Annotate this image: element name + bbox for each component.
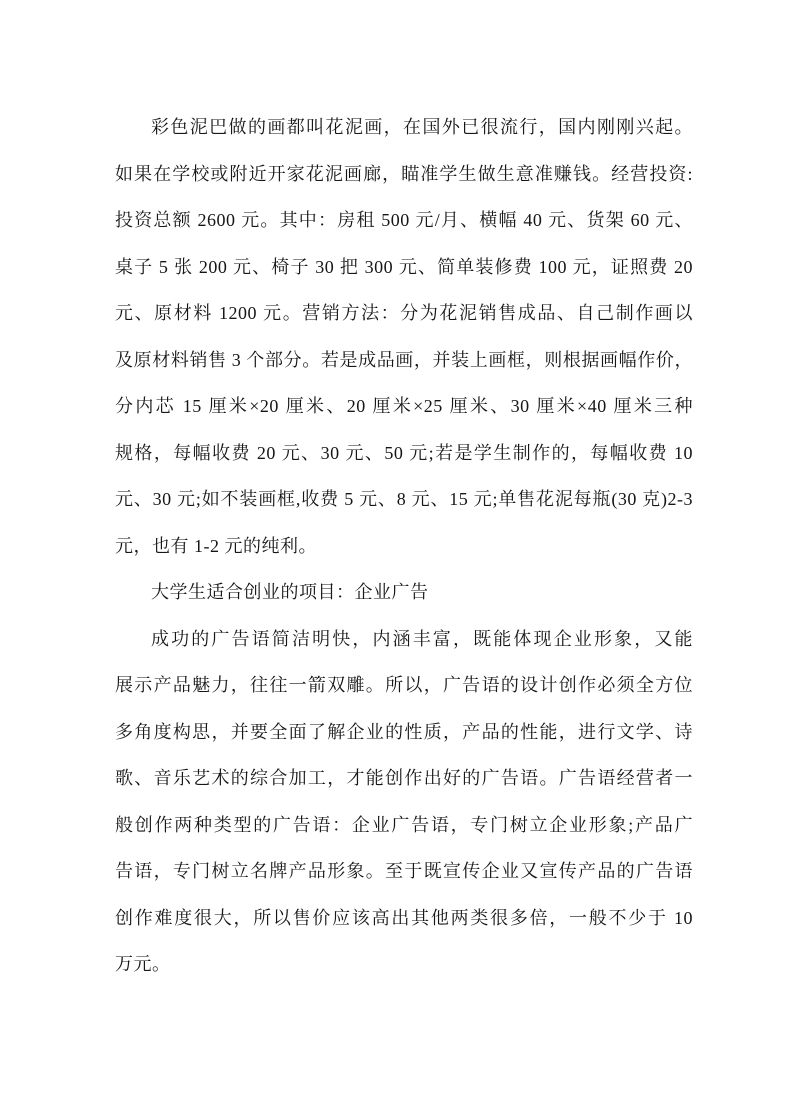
text-line: 创作难度很大，所以售价应该高出其他两类很多倍，一般不少于 10	[115, 895, 693, 942]
text-line: 般创作两种类型的广告语：企业广告语，专门树立企业形象;产品广	[115, 802, 693, 849]
text-line: 彩色泥巴做的画都叫花泥画，在国外已很流行，国内刚刚兴起。	[115, 104, 693, 151]
document-body: 彩色泥巴做的画都叫花泥画，在国外已很流行，国内刚刚兴起。如果在学校或附近开家花泥…	[115, 104, 693, 988]
text-line: 元，也有 1-2 元的纯利。	[115, 523, 693, 570]
text-line: 桌子 5 张 200 元、椅子 30 把 300 元、简单装修费 100 元，证…	[115, 244, 693, 291]
text-line: 元、原材料 1200 元。营销方法：分为花泥销售成品、自己制作画以	[115, 290, 693, 337]
text-line: 告语，专门树立名牌产品形象。至于既宣传企业又宣传产品的广告语	[115, 848, 693, 895]
text-line: 及原材料销售 3 个部分。若是成品画，并装上画框，则根据画幅作价，	[115, 337, 693, 384]
text-line: 多角度构思，并要全面了解企业的性质，产品的性能，进行文学、诗	[115, 709, 693, 756]
text-line: 元、30 元;如不装画框,收费 5 元、8 元、15 元;单售花泥每瓶(30 克…	[115, 476, 693, 523]
document-page: 彩色泥巴做的画都叫花泥画，在国外已很流行，国内刚刚兴起。如果在学校或附近开家花泥…	[0, 0, 792, 1120]
text-line: 如果在学校或附近开家花泥画廊，瞄准学生做生意准赚钱。经营投资:	[115, 151, 693, 198]
text-line: 成功的广告语简洁明快，内涵丰富，既能体现企业形象，又能	[115, 616, 693, 663]
text-line: 投资总额 2600 元。其中：房租 500 元/月、横幅 40 元、货架 60 …	[115, 197, 693, 244]
text-line: 规格，每幅收费 20 元、30 元、50 元;若是学生制作的，每幅收费 10	[115, 430, 693, 477]
text-line: 展示产品魅力，往往一箭双雕。所以，广告语的设计创作必须全方位	[115, 662, 693, 709]
text-line: 大学生适合创业的项目：企业广告	[115, 569, 693, 616]
text-line: 万元。	[115, 941, 693, 988]
text-line: 分内芯 15 厘米×20 厘米、20 厘米×25 厘米、30 厘米×40 厘米三…	[115, 383, 693, 430]
text-line: 歌、音乐艺术的综合加工，才能创作出好的广告语。广告语经营者一	[115, 755, 693, 802]
